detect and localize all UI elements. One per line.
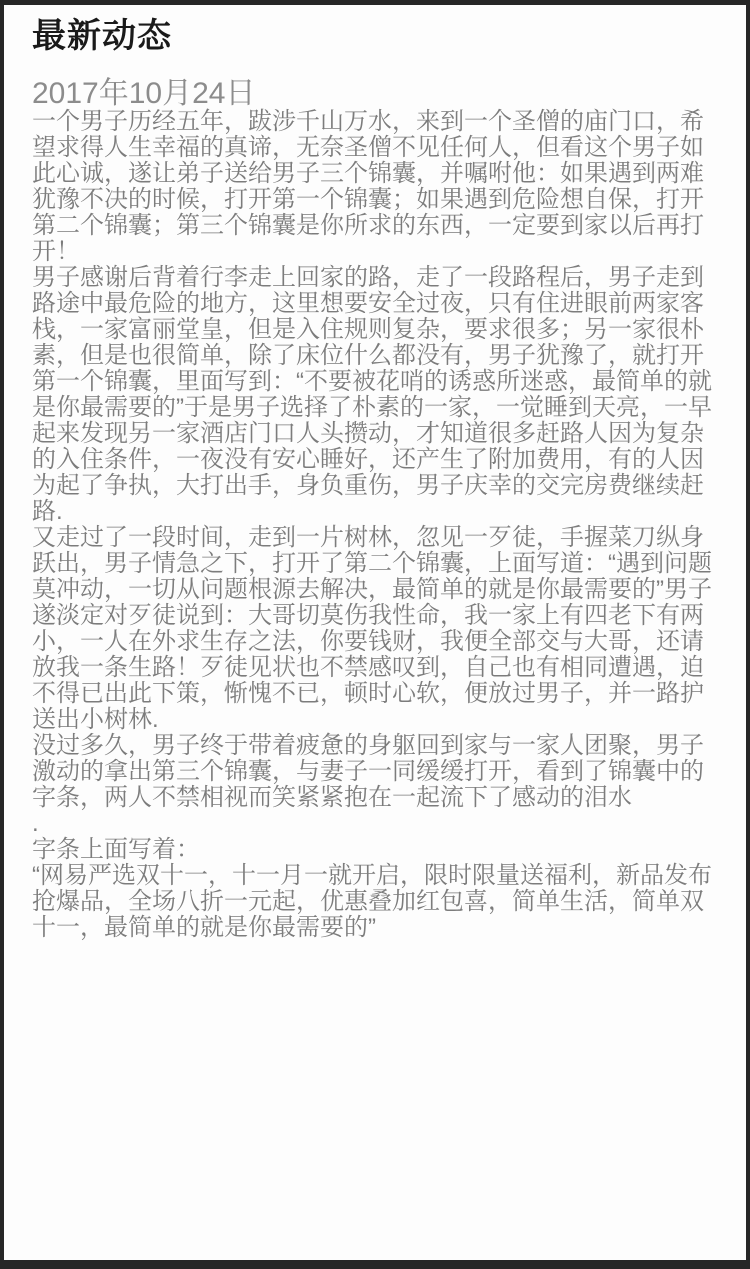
note-text: “网易严选双十一，十一月一就开启，限时限量送福利，新品发布抢爆品，全场八折一元起… xyxy=(32,863,718,941)
stray-period: . xyxy=(32,811,718,837)
story-paragraph-4: 没过多久，男子终于带着疲惫的身躯回到家与一家人团聚，男子激动的拿出第三个锦囊，与… xyxy=(32,733,718,811)
story-paragraph-3: 又走过了一段时间，走到一片树林，忽见一歹徒，手握菜刀纵身跃出，男子情急之下，打开… xyxy=(32,525,718,733)
article-date: 2017年10月24日 xyxy=(32,79,718,109)
story-paragraph-2: 男子感谢后背着行李走上回家的路，走了一段路程后，男子走到路途中最危险的地方，这里… xyxy=(32,265,718,525)
page-title: 最新动态 xyxy=(32,19,718,53)
note-intro: 字条上面写着： xyxy=(32,837,718,863)
article-card: 最新动态 2017年10月24日 一个男子历经五年，跋涉千山万水，来到一个圣僧的… xyxy=(4,5,746,1260)
story-paragraph-1: 一个男子历经五年，跋涉千山万水，来到一个圣僧的庙门口，希望求得人生幸福的真谛，无… xyxy=(32,109,718,265)
